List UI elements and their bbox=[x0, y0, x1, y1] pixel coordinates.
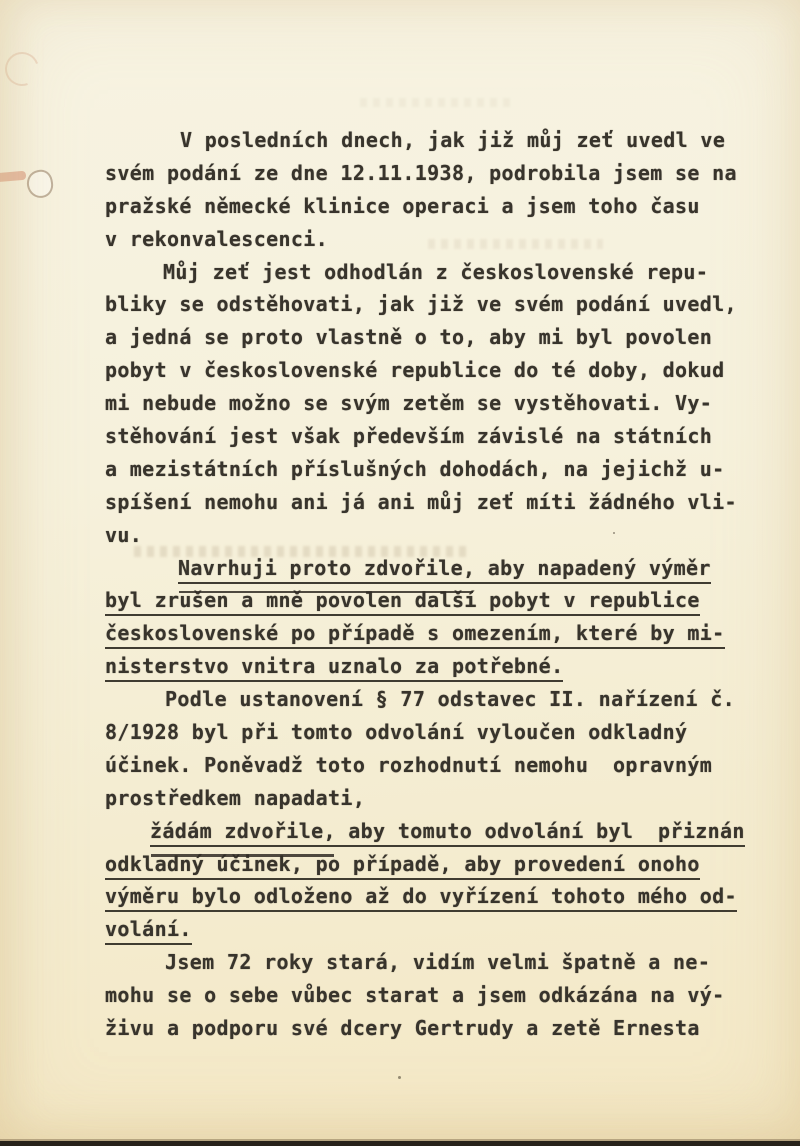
text-line: byl zrušen a mně povolen další pobyt v r… bbox=[105, 584, 767, 617]
typewriter-text: a mezistátních příslušných dohodách, na … bbox=[105, 457, 725, 481]
underlined-text: československé po případě s omezením, kt… bbox=[105, 621, 725, 649]
typewriter-text: a jedná se proto vlastně o to, aby mi by… bbox=[105, 325, 712, 349]
typewriter-text: stěhování jest však především závislé na… bbox=[105, 424, 712, 448]
text-line: v rekonvalescenci. bbox=[105, 223, 767, 256]
typewriter-text: v rekonvalescenci. bbox=[105, 227, 328, 251]
red-pencil-dash-mark bbox=[0, 171, 26, 183]
text-line: účinek. Poněvadž toto rozhodnutí nemohu … bbox=[105, 749, 767, 782]
text-line: a jedná se proto vlastně o to, aby mi by… bbox=[105, 321, 767, 354]
typewriter-text: spíšení nemohu ani já ani můj zeť míti ž… bbox=[105, 490, 737, 514]
text-line: mi nebude možno se svým zetěm se vystěho… bbox=[105, 387, 767, 420]
text-line: žádám zdvořile, aby tomuto odvolání byl … bbox=[105, 815, 767, 848]
typewriter-text: mi nebude možno se svým zetěm se vystěho… bbox=[105, 391, 712, 415]
typewriter-text: pobyt v československé republice do té d… bbox=[105, 358, 725, 382]
document-body: V posledních dnech, jak již můj zeť uved… bbox=[105, 124, 767, 1045]
typewriter-text: pražské německé klinice operaci a jsem t… bbox=[105, 194, 700, 218]
text-line: 8/1928 byl při tomto odvolání vyloučen o… bbox=[105, 716, 767, 749]
scan-bottom-edge bbox=[0, 1141, 800, 1146]
text-line: mohu se o sebe vůbec starat a jsem odkáz… bbox=[105, 979, 767, 1012]
ink-bleedthrough-smudge bbox=[360, 98, 510, 107]
underlined-text: volání. bbox=[105, 917, 192, 945]
underlined-text: žádám zdvořile, aby tomuto odvolání byl … bbox=[150, 819, 745, 847]
typewriter-text: Jsem 72 roky stará, vidím velmi špatně a… bbox=[165, 950, 710, 974]
typewriter-text: svém podání ze dne 12.11.1938, podrobila… bbox=[105, 161, 737, 185]
text-line: a mezistátních příslušných dohodách, na … bbox=[105, 453, 767, 486]
text-line: bliky se odstěhovati, jak již ve svém po… bbox=[105, 288, 767, 321]
text-line: Jsem 72 roky stará, vidím velmi špatně a… bbox=[105, 946, 767, 979]
scanned-document-page: V posledních dnech, jak již můj zeť uved… bbox=[0, 0, 800, 1146]
paper-speck bbox=[398, 1076, 401, 1079]
typewriter-text: vu. bbox=[105, 523, 142, 547]
text-line: živu a podporu své dcery Gertrudy a zetě… bbox=[105, 1012, 767, 1045]
text-line: vu. bbox=[105, 519, 767, 552]
double-underlined-text: žádám zdvořile, bbox=[150, 815, 336, 848]
text-line: výměru bylo odloženo až do vyřízení toho… bbox=[105, 880, 767, 913]
text-line: odkladný účinek, po případě, aby provede… bbox=[105, 848, 767, 881]
text-line: prostředkem napadati, bbox=[105, 782, 767, 815]
faint-stamp-ring-mark bbox=[0, 46, 45, 91]
typewriter-text: účinek. Poněvadž toto rozhodnutí nemohu … bbox=[105, 753, 712, 777]
typewriter-text: bliky se odstěhovati, jak již ve svém po… bbox=[105, 292, 737, 316]
underlined-text: Navrhuji proto zdvořile, aby napadený vý… bbox=[178, 556, 711, 584]
typewriter-text: 8/1928 byl při tomto odvolání vyloučen o… bbox=[105, 720, 687, 744]
typewriter-text: prostředkem napadati, bbox=[105, 786, 365, 810]
text-line: volání. bbox=[105, 913, 767, 946]
typewriter-text: mohu se o sebe vůbec starat a jsem odkáz… bbox=[105, 983, 725, 1007]
text-line: československé po případě s omezením, kt… bbox=[105, 617, 767, 650]
text-line: Podle ustanovení § 77 odstavec II. naříz… bbox=[105, 683, 767, 716]
double-underlined-text: Navrhuji proto zdvořile, bbox=[178, 552, 475, 585]
text-line: nisterstvo vnitra uznalo za potřebné. bbox=[105, 650, 767, 683]
typewriter-text: V posledních dnech, jak již můj zeť uved… bbox=[180, 128, 725, 152]
text-line: Můj zeť jest odhodlán z československé r… bbox=[105, 256, 767, 289]
text-line: spíšení nemohu ani já ani můj zeť míti ž… bbox=[105, 486, 767, 519]
typewriter-text: živu a podporu své dcery Gertrudy a zetě… bbox=[105, 1016, 700, 1040]
underlined-text: nisterstvo vnitra uznalo za potřebné. bbox=[105, 654, 563, 682]
text-line: svém podání ze dne 12.11.1938, podrobila… bbox=[105, 157, 767, 190]
text-line: Navrhuji proto zdvořile, aby napadený vý… bbox=[105, 552, 767, 585]
text-line: pobyt v československé republice do té d… bbox=[105, 354, 767, 387]
text-line: V posledních dnech, jak již můj zeť uved… bbox=[105, 124, 767, 157]
hole-punch-mark bbox=[25, 168, 55, 200]
typewriter-text: Můj zeť jest odhodlán z československé r… bbox=[163, 260, 708, 284]
text-line: stěhování jest však především závislé na… bbox=[105, 420, 767, 453]
text-line: pražské německé klinice operaci a jsem t… bbox=[105, 190, 767, 223]
underlined-text: výměru bylo odloženo až do vyřízení toho… bbox=[105, 884, 737, 912]
typewriter-text: Podle ustanovení § 77 odstavec II. naříz… bbox=[165, 687, 735, 711]
